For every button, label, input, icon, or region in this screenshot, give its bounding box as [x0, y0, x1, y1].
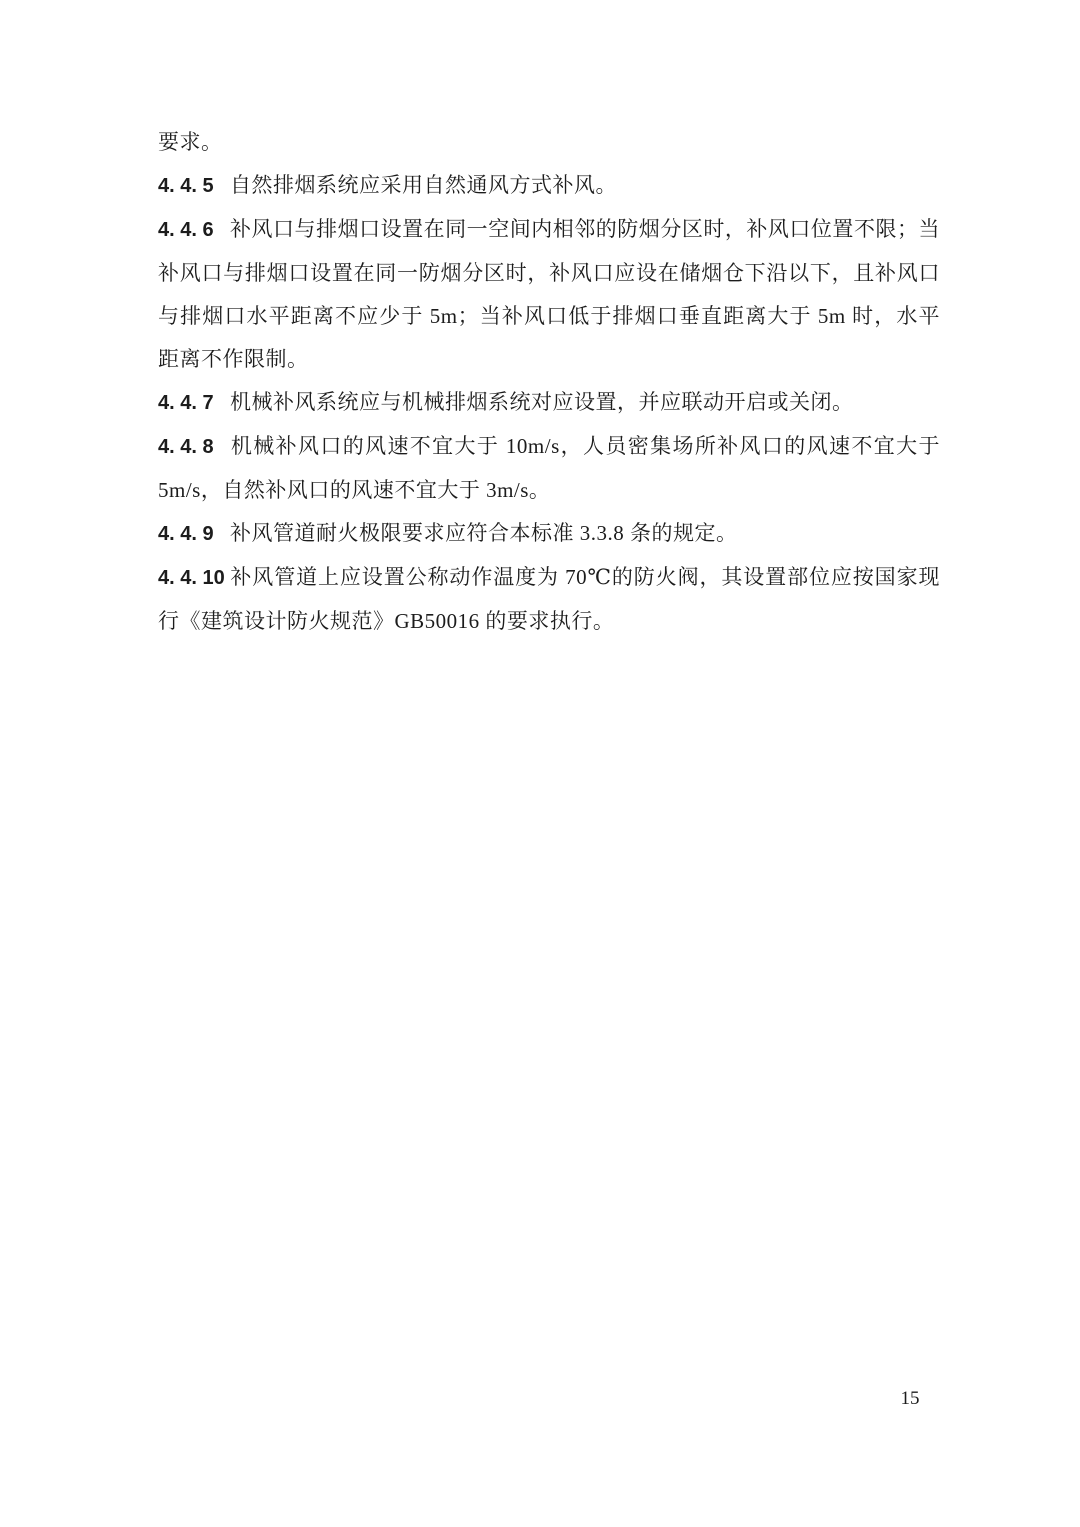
clause-text: 补风口与排烟口设置在同一空间内相邻的防烟分区时，补风口位置不限；当补风口与排烟口…: [158, 217, 940, 371]
clause-paragraph: 4. 4. 6补风口与排烟口设置在同一空间内相邻的防烟分区时，补风口位置不限；当…: [158, 208, 940, 381]
clause-number: 4. 4. 7: [158, 382, 230, 425]
clause-paragraph: 4. 4. 5自然排烟系统应采用自然通风方式补风。: [158, 164, 940, 208]
clause-number: 4. 4. 8: [158, 426, 230, 469]
text-body: 要求。 4. 4. 5自然排烟系统应采用自然通风方式补风。 4. 4. 6补风口…: [158, 121, 940, 643]
intro-text: 要求。: [158, 130, 223, 154]
clause-text: 机械补风系统应与机械排烟系统对应设置，并应联动开启或关闭。: [230, 390, 854, 414]
clause-number: 4. 4. 5: [158, 165, 230, 208]
clause-number: 4. 4. 10: [158, 557, 230, 600]
clause-paragraph: 4. 4. 9补风管道耐火极限要求应符合本标准 3.3.8 条的规定。: [158, 512, 940, 556]
page-number: 15: [880, 1388, 940, 1410]
clause-text: 机械补风口的风速不宜大于 10m/s，人员密集场所补风口的风速不宜大于 5m/s…: [158, 434, 940, 502]
document-page: 要求。 4. 4. 5自然排烟系统应采用自然通风方式补风。 4. 4. 6补风口…: [0, 0, 1080, 1527]
clause-number: 4. 4. 9: [158, 513, 230, 556]
clause-text: 补风管道耐火极限要求应符合本标准 3.3.8 条的规定。: [230, 521, 738, 545]
clause-paragraph: 4. 4. 10补风管道上应设置公称动作温度为 70℃的防火阀，其设置部位应按国…: [158, 556, 940, 643]
clause-text: 自然排烟系统应采用自然通风方式补风。: [230, 173, 617, 197]
clause-paragraph: 4. 4. 8机械补风口的风速不宜大于 10m/s，人员密集场所补风口的风速不宜…: [158, 425, 940, 512]
clause-paragraph: 4. 4. 7机械补风系统应与机械排烟系统对应设置，并应联动开启或关闭。: [158, 381, 940, 425]
clause-text: 补风管道上应设置公称动作温度为 70℃的防火阀，其设置部位应按国家现行《建筑设计…: [158, 565, 940, 633]
clause-number: 4. 4. 6: [158, 209, 230, 252]
intro-paragraph-fragment: 要求。: [158, 121, 940, 164]
